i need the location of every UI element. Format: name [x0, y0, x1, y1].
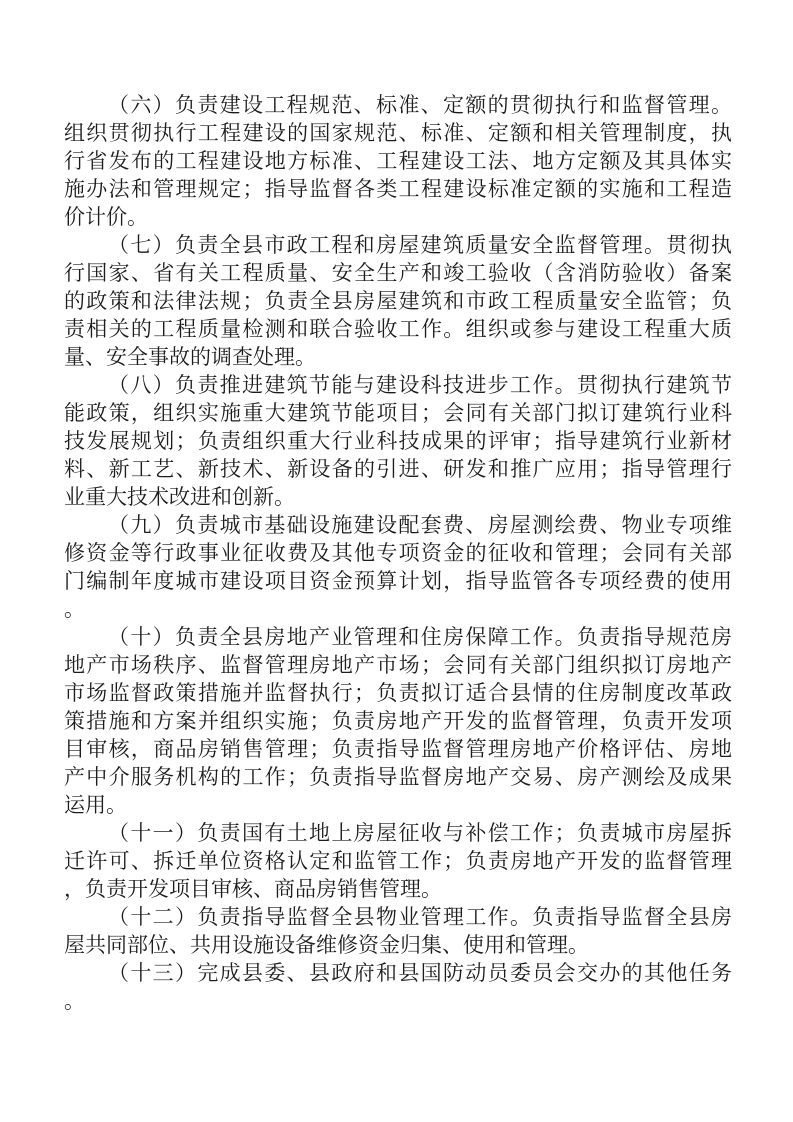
text-line: 组织贯彻执行工程建设的国家规范、标准、定额和相关管理制度，执: [64, 119, 732, 147]
text-line: 产中介服务机构的工作；负责指导监督房地产交易、房产测绘及成果: [64, 763, 732, 791]
text-line: 门编制年度城市建设项目资金预算计划，指导监管各专项经费的使用: [64, 567, 732, 595]
text-line: 屋共同部位、共用设施设备维修资金归集、使用和管理。: [64, 931, 732, 959]
text-line: （七）负责全县市政工程和房屋建筑质量安全监督管理。贯彻执: [64, 231, 732, 259]
text-line: 市场监督政策措施并监督执行；负责拟订适合县情的住房制度改革政: [64, 679, 732, 707]
text-line: 目审核，商品房销售管理；负责指导监督管理房地产价格评估、房地: [64, 735, 732, 763]
paragraph-item-10: （十）负责全县房地产业管理和住房保障工作。负责指导规范房 地产市场秩序、监督管理…: [64, 623, 732, 819]
text-line: 的政策和法律法规；负责全县房屋建筑和市政工程质量安全监管；负: [64, 287, 732, 315]
text-line: 。: [64, 987, 732, 1015]
text-line: 施办法和管理规定；指导监督各类工程建设标准定额的实施和工程造: [64, 175, 732, 203]
text-line: （六）负责建设工程规范、标准、定额的贯彻执行和监督管理。: [64, 91, 732, 119]
text-line: 技发展规划；负责组织重大行业科技成果的评审；指导建筑行业新材: [64, 427, 732, 455]
text-line: 价计价。: [64, 203, 732, 231]
text-line: 迁许可、拆迁单位资格认定和监管工作；负责房地产开发的监督管理: [64, 847, 732, 875]
paragraph-item-11: （十一）负责国有土地上房屋征收与补偿工作；负责城市房屋拆 迁许可、拆迁单位资格认…: [64, 819, 732, 903]
paragraph-item-6: （六）负责建设工程规范、标准、定额的贯彻执行和监督管理。 组织贯彻执行工程建设的…: [64, 91, 732, 231]
text-line: 策措施和方案并组织实施；负责房地产开发的监督管理，负责开发项: [64, 707, 732, 735]
paragraph-item-9: （九）负责城市基础设施建设配套费、房屋测绘费、物业专项维 修资金等行政事业征收费…: [64, 511, 732, 623]
document-page: （六）负责建设工程规范、标准、定额的贯彻执行和监督管理。 组织贯彻执行工程建设的…: [0, 0, 793, 1122]
text-line: （十）负责全县房地产业管理和住房保障工作。负责指导规范房: [64, 623, 732, 651]
paragraph-item-7: （七）负责全县市政工程和房屋建筑质量安全监督管理。贯彻执 行国家、省有关工程质量…: [64, 231, 732, 371]
text-line: 业重大技术改进和创新。: [64, 483, 732, 511]
text-line: 地产市场秩序、监督管理房地产市场；会同有关部门组织拟订房地产: [64, 651, 732, 679]
text-line: 。: [64, 595, 732, 623]
text-line: （九）负责城市基础设施建设配套费、房屋测绘费、物业专项维: [64, 511, 732, 539]
text-line: 行国家、省有关工程质量、安全生产和竣工验收（含消防验收）备案: [64, 259, 732, 287]
text-line: （十一）负责国有土地上房屋征收与补偿工作；负责城市房屋拆: [64, 819, 732, 847]
text-line: （十三）完成县委、县政府和县国防动员委员会交办的其他任务: [64, 959, 732, 987]
text-line: （八）负责推进建筑节能与建设科技进步工作。贯彻执行建筑节: [64, 371, 732, 399]
paragraph-item-13: （十三）完成县委、县政府和县国防动员委员会交办的其他任务 。: [64, 959, 732, 1015]
text-line: 责相关的工程质量检测和联合验收工作。组织或参与建设工程重大质: [64, 315, 732, 343]
text-line: 运用。: [64, 791, 732, 819]
text-line: 能政策，组织实施重大建筑节能项目；会同有关部门拟订建筑行业科: [64, 399, 732, 427]
document-body: （六）负责建设工程规范、标准、定额的贯彻执行和监督管理。 组织贯彻执行工程建设的…: [64, 91, 732, 1015]
text-line: （十二）负责指导监督全县物业管理工作。负责指导监督全县房: [64, 903, 732, 931]
text-line: 量、安全事故的调查处理。: [64, 343, 732, 371]
text-line: 修资金等行政事业征收费及其他专项资金的征收和管理；会同有关部: [64, 539, 732, 567]
paragraph-item-12: （十二）负责指导监督全县物业管理工作。负责指导监督全县房 屋共同部位、共用设施设…: [64, 903, 732, 959]
text-line: 行省发布的工程建设地方标准、工程建设工法、地方定额及其具体实: [64, 147, 732, 175]
text-line: ，负责开发项目审核、商品房销售管理。: [64, 875, 732, 903]
paragraph-item-8: （八）负责推进建筑节能与建设科技进步工作。贯彻执行建筑节 能政策，组织实施重大建…: [64, 371, 732, 511]
text-line: 料、新工艺、新技术、新设备的引进、研发和推广应用；指导管理行: [64, 455, 732, 483]
